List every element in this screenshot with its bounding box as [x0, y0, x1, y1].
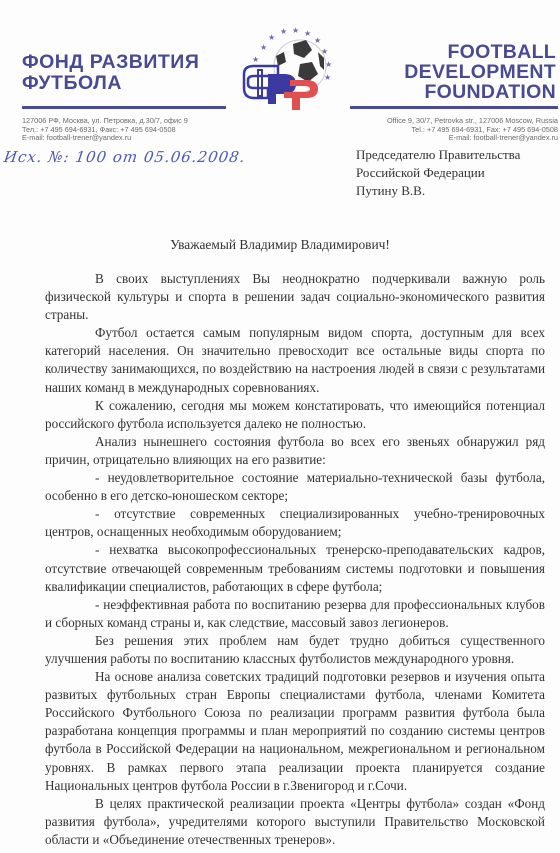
list-item: - отсутствие современных специализирован… [45, 505, 545, 541]
svg-text:★: ★ [314, 36, 321, 45]
foundation-name-ru: ФОНД РАЗВИТИЯ ФУТБОЛА [22, 52, 199, 94]
football-foundation-logo-icon: ★★★ ★★★ ★★★ ★ [238, 22, 338, 122]
foundation-name-ru-line1: ФОНД РАЗВИТИЯ [22, 52, 199, 73]
paragraph: К сожалению, сегодня мы можем констатиро… [45, 397, 545, 433]
paragraph: На основе анализа советских традиций под… [45, 668, 545, 795]
svg-text:★: ★ [280, 27, 287, 36]
svg-text:★: ★ [252, 55, 259, 64]
foundation-name-en-line1: FOOTBALL [404, 42, 556, 62]
letter-page: ФОНД РАЗВИТИЯ ФУТБОЛА ★★★ ★★★ ★★★ ★ FOOT… [0, 0, 560, 853]
foundation-name-en-line2: DEVELOPMENT [404, 62, 556, 82]
address-en: Office 9, 30/7, Petrovka str., 127006 Mo… [387, 117, 558, 143]
list-item: - неэффективная работа по воспитанию рез… [45, 596, 545, 632]
svg-text:★: ★ [260, 43, 267, 52]
recipient-line2: Российской Федерации [356, 164, 520, 182]
letter-body: В своих выступлениях Вы неоднократно под… [45, 270, 545, 849]
salutation: Уважаемый Владимир Владимирович! [0, 237, 560, 253]
paragraph: Без решения этих проблем нам будет трудн… [45, 632, 545, 668]
email-ru: E-mail: football-trener@yandex.ru [22, 134, 188, 143]
paragraph: В целях практической реализации проекта … [45, 795, 545, 849]
outgoing-number-handwritten: Исх. №: 100 от 05.06.2008. [3, 148, 247, 166]
svg-text:★: ★ [292, 26, 299, 35]
recipient-line1: Председателю Правительства [356, 146, 520, 164]
header-rule-left [22, 106, 226, 109]
recipient-block: Председателю Правительства Российской Фе… [356, 146, 520, 200]
paragraph: Футбол остается самым популярным видом с… [45, 324, 545, 396]
list-item: - нехватка высокопрофессиональных тренер… [45, 541, 545, 595]
svg-text:★: ★ [268, 33, 275, 42]
address-ru: 127006 РФ, Москва, ул. Петровка, д.30/7,… [22, 117, 188, 143]
paragraph: В своих выступлениях Вы неоднократно под… [45, 270, 545, 324]
foundation-name-en-line3: FOUNDATION [404, 82, 556, 102]
header-rule-right [350, 106, 558, 109]
foundation-name-ru-line2: ФУТБОЛА [22, 73, 199, 94]
svg-text:★: ★ [304, 29, 311, 38]
paragraph: Анализ нынешнего состояния футбола во вс… [45, 433, 545, 469]
foundation-name-en: FOOTBALL DEVELOPMENT FOUNDATION [404, 42, 556, 102]
recipient-line3: Путину В.В. [356, 182, 520, 200]
email-en: E-mail: football-trener@yandex.ru [387, 134, 558, 143]
list-item: - неудовлетворительное состояние материа… [45, 469, 545, 505]
